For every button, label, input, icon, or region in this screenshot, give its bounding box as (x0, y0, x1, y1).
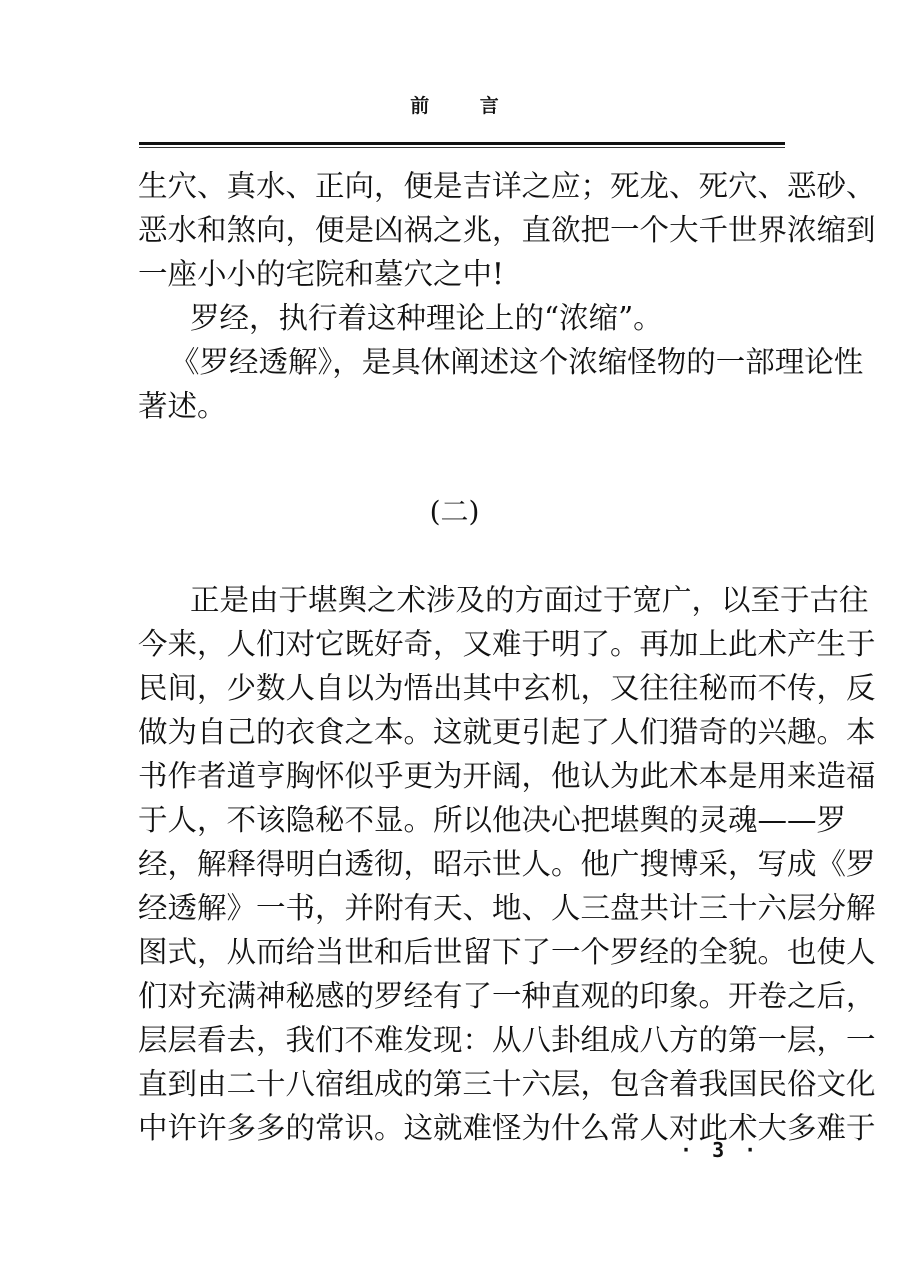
text-line: 《罗经透解》，是具休阐述这个浓缩怪物的一部理论性 (170, 342, 788, 382)
text-line: 于人，不该隐秘不显。所以他决心把堪舆的灵魂——罗 (138, 800, 788, 840)
text-line: 今来，人们对它既好奇，又难于明了。再加上此术产生于 (138, 624, 788, 664)
text-line: 生穴、真水、正向，便是吉详之应；死龙、死穴、恶砂、 (138, 166, 788, 206)
text-line: 做为自己的衣食之本。这就更引起了人们猎奇的兴趣。本 (138, 712, 788, 752)
text-line: 民间，少数人自以为悟出其中玄机，又往往秘而不传，反 (138, 668, 788, 708)
book-page: 前 言 生穴、真水、正向，便是吉详之应；死龙、死穴、恶砂、 恶水和煞向，便是凶祸… (0, 0, 909, 1286)
text-line: 经透解》一书，并附有天、地、人三盘共计三十六层分解 (138, 888, 788, 928)
text-line: 一座小小的宅院和墓穴之中! (138, 254, 788, 294)
section-heading: (二) (0, 492, 909, 532)
text-line: 恶水和煞向，便是凶祸之兆，直欲把一个大千世界浓缩到 (138, 210, 788, 250)
text-line: 们对充满神秘感的罗经有了一种直观的印象。开卷之后， (138, 976, 788, 1016)
header-rule-thick (139, 142, 785, 145)
page-number: · 3 · (680, 1138, 760, 1162)
running-head: 前 言 (0, 94, 909, 118)
text-line: 层层看去，我们不难发现：从八卦组成八方的第一层，一 (138, 1020, 788, 1060)
text-line: 罗经，执行着这种理论上的“浓缩”。 (190, 298, 788, 338)
text-line: 著述。 (138, 386, 788, 426)
text-line: 正是由于堪舆之术涉及的方面过于宽广，以至于古往 (190, 580, 788, 620)
text-line: 经，解释得明白透彻，昭示世人。他广搜博采，写成《罗 (138, 844, 788, 884)
text-line: 图式，从而给当世和后世留下了一个罗经的全貌。也使人 (138, 932, 788, 972)
text-line: 书作者道亨胸怀似乎更为开阔，他认为此术本是用来造福 (138, 756, 788, 796)
header-rule-thin (139, 147, 785, 148)
scan-speck (414, 371, 416, 374)
text-line: 直到由二十八宿组成的第三十六层，包含着我国民俗文化 (138, 1064, 788, 1104)
